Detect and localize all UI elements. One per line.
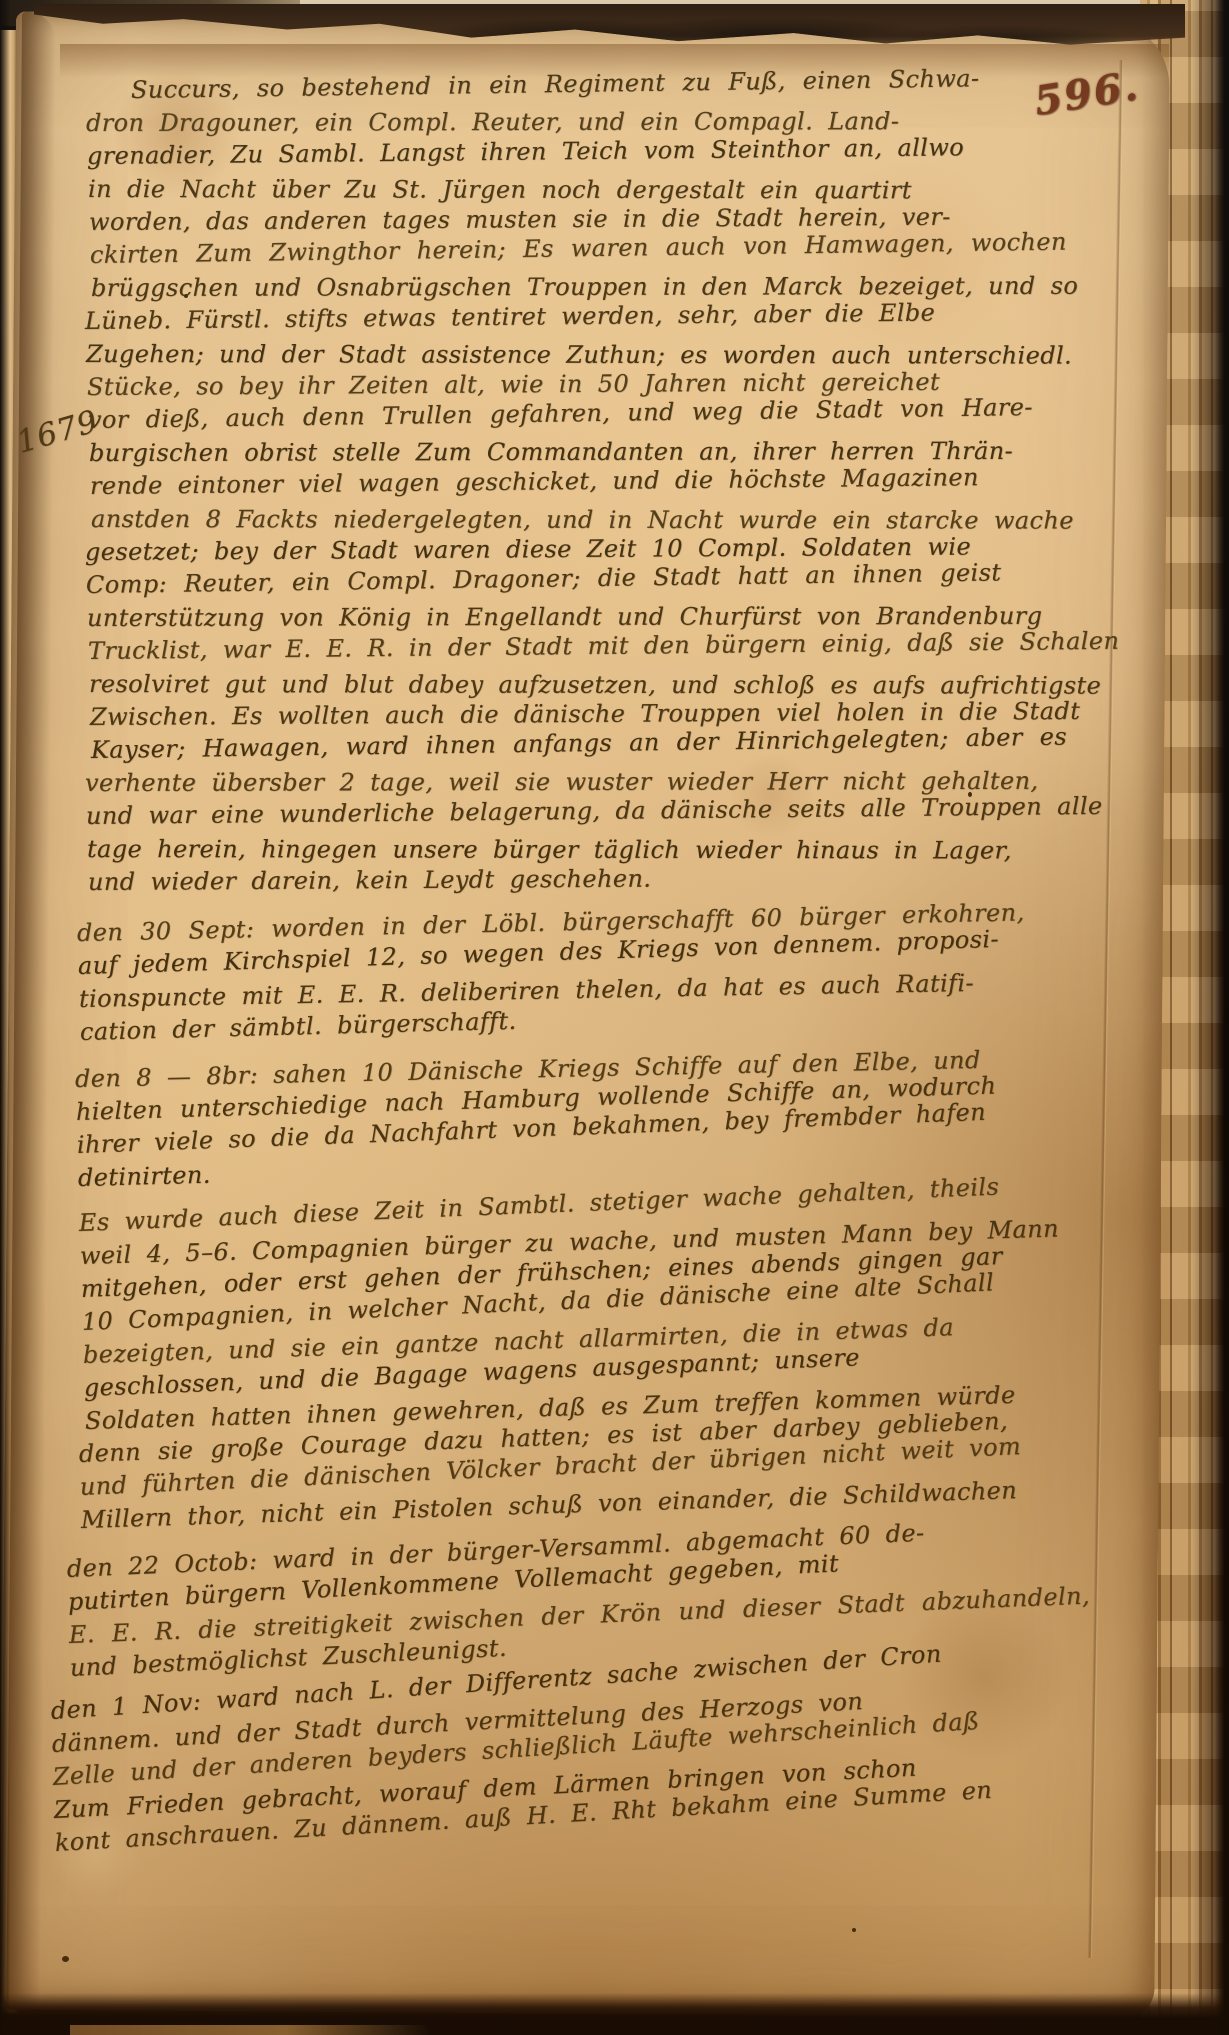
ink-speck <box>62 1956 69 1962</box>
gutter-crease-shadow <box>6 12 56 2010</box>
handwriting-line: und wieder darein, kein Leydt geschehen. <box>88 860 1148 899</box>
left-vignette <box>0 0 10 2035</box>
ink-speck <box>184 294 188 298</box>
ink-speck <box>852 1928 856 1932</box>
ink-speck <box>968 792 972 797</box>
handwritten-text-block: Succurs, so bestehend in ein Regiment zu… <box>78 74 1148 1860</box>
manuscript-photograph: 596. 1679 Succurs, so bestehend in ein R… <box>0 0 1229 2035</box>
bottom-page-curl <box>70 2025 430 2035</box>
right-vignette <box>1215 0 1229 2035</box>
